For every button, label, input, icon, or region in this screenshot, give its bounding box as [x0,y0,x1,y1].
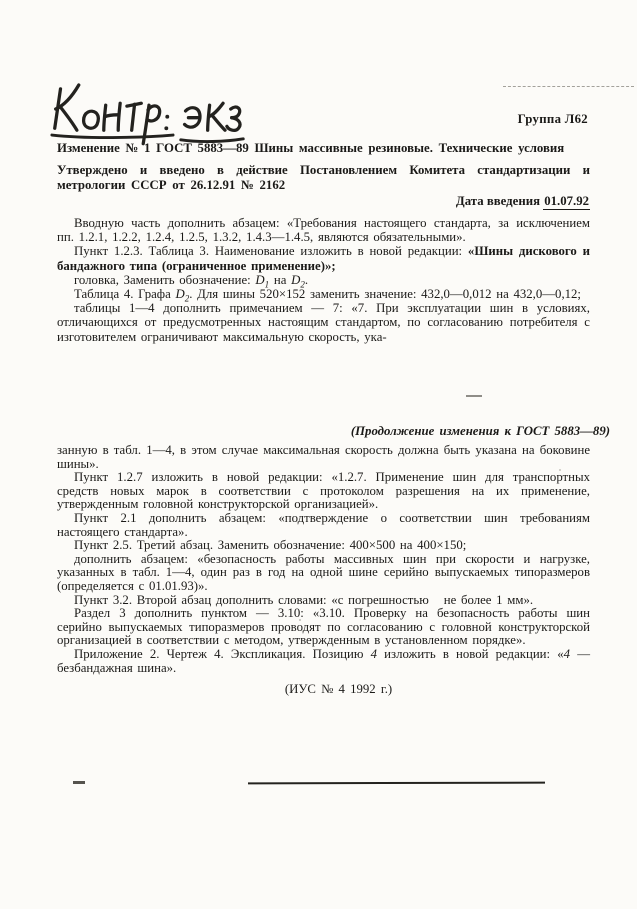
group-label: Группа Л62 [57,112,590,126]
paragraph-text: . Для шины 520×152 заменить значение: 43… [189,287,581,301]
symbol-d2: D [175,287,184,301]
para-table-4: Таблица 4. Графа D2. Для шины 520×152 за… [57,287,590,301]
approval-statement: Утверждено и введено в действие Постанов… [57,163,590,191]
para-item-2-5: Пункт 2.5. Третий абзац. Заменить обозна… [57,539,590,553]
paragraph-text: Пункт 1.2.7 изложить в новой редакции: «… [57,470,590,511]
paragraph-text: таблицы 1—4 дополнить примечанием — 7: «… [57,301,590,343]
continuation-note: (Продолжение изменения к ГОСТ 5883—89) [57,424,610,438]
document-title: Изменение № 1 ГОСТ 5883—89 Шины массивны… [57,141,590,155]
paragraph-text: Вводную часть дополнить абзацем: «Требов… [57,216,590,244]
body-page-2: занную в табл. 1—4, в этом случае максим… [57,444,590,675]
symbol-d2: D [291,273,300,287]
para-tables-note-7: таблицы 1—4 дополнить примечанием — 7: «… [57,301,590,344]
paragraph-text: не более 1 мм». [444,593,533,607]
introduction-date-line: Дата введения 01.07.92 [57,194,590,208]
para-item-1-2-7: Пункт 1.2.7 изложить в новой редакции: «… [57,471,590,512]
paragraph-text: Пункт 2.5. Третий абзац. Заменить обозна… [74,538,466,552]
source-reference: (ИУС № 4 1992 г.) [57,682,590,696]
paragraph-text: Приложение 2. Чертеж 4. Экспликация. Поз… [74,647,371,661]
paragraph-text: головка, Заменить обозначение: [74,273,255,287]
paragraph-text: Пункт 3.2. Второй абзац дополнить словам… [74,593,429,607]
para-appendix-2: Приложение 2. Чертеж 4. Экспликация. Поз… [57,648,590,675]
para-continuation-text: занную в табл. 1—4, в этом случае максим… [57,444,590,471]
document-content: Группа Л62 Изменение № 1 ГОСТ 5883—89 Ши… [57,112,590,696]
para-item-2-1: Пункт 2.1 дополнить абзацем: «подтвержде… [57,512,590,539]
page-break-gap [57,344,590,424]
paragraph-text: Пункт 2.1 дополнить абзацем: «подтвержде… [57,511,590,539]
symbol-d1: D [255,273,264,287]
paragraph-text: на [269,273,291,287]
body-page-1: Вводную часть дополнить абзацем: «Требов… [57,216,590,344]
date-label: Дата введения [456,194,540,208]
scan-artifact-dashed-line [503,86,634,87]
para-item-1-2-3: Пункт 1.2.3. Таблица 3. Наименование изл… [57,244,590,272]
scan-artifact-dash [466,395,482,397]
date-value: 01.07.92 [543,194,590,210]
para-table-head: головка, Заменить обозначение: D1 на D2. [57,273,590,287]
paragraph-text: дополнить абзацем: «безопасность работы … [57,552,590,593]
para-supplement-safety: дополнить абзацем: «безопасность работы … [57,553,590,594]
para-item-3-2: Пункт 3.2. Второй абзац дополнить словам… [57,594,590,608]
para-section-3: Раздел 3 дополнить пунктом — 3.10: «3.10… [57,607,590,648]
paragraph-text: Пункт 1.2.3. Таблица 3. Наименование изл… [74,244,468,258]
margin-dash-mark [73,781,85,784]
para-introductory-part: Вводную часть дополнить абзацем: «Требов… [57,216,590,244]
paragraph-text: занную в табл. 1—4, в этом случае максим… [57,443,590,471]
paragraph-text: Раздел 3 дополнить пунктом — 3.10: «3.10… [57,606,590,647]
paragraph-text: . [305,273,308,287]
end-rule [248,782,545,785]
paragraph-text: изложить в новой редакции: « [377,647,564,661]
scanned-document-page: Группа Л62 Изменение № 1 ГОСТ 5883—89 Ши… [0,0,637,909]
paragraph-text: Таблица 4. Графа [74,287,175,301]
